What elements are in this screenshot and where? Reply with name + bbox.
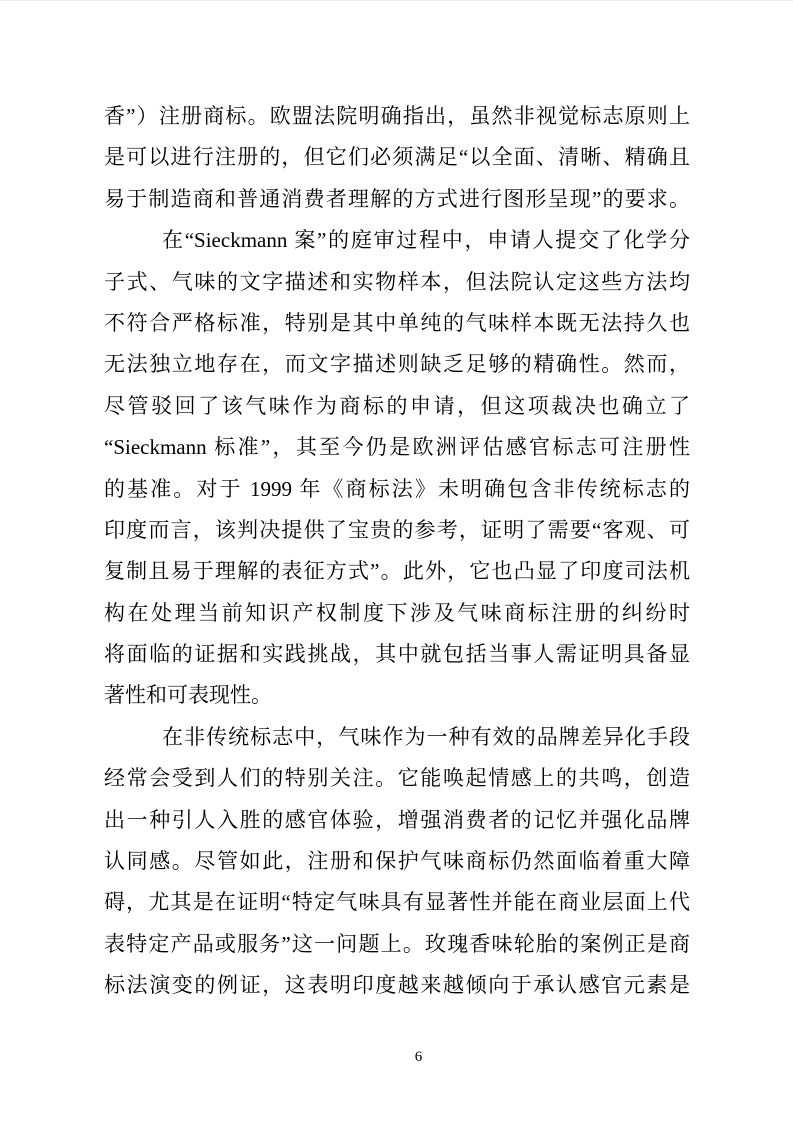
document-body: 香”）注册商标。欧盟法院明确指出，虽然非视觉标志原则上是可以进行注册的，但它们必… (104, 96, 690, 1007)
text-line: 复制且易于理解的表征方式”。此外，它也凸显了印度司法机 (104, 551, 690, 592)
text-line: 的基准。对于 1999 年《商标法》未明确包含非传统标志的 (104, 469, 690, 510)
text-line: 易于制造商和普通消费者理解的方式进行图形呈现”的要求。 (104, 179, 690, 220)
text-line: 表特定产品或服务”这一问题上。玫瑰香味轮胎的案例正是商 (104, 924, 690, 965)
page-footer: 6 (0, 1049, 793, 1065)
text-line: 尽管驳回了该气味作为商标的申请，但这项裁决也确立了 (104, 386, 690, 427)
text-line: 出一种引人入胜的感官体验，增强消费者的记忆并强化品牌 (104, 800, 690, 841)
text-line: 在“Sieckmann 案”的庭审过程中，申请人提交了化学分 (104, 220, 690, 261)
document-page: 香”）注册商标。欧盟法院明确指出，虽然非视觉标志原则上是可以进行注册的，但它们必… (0, 0, 793, 1123)
text-line: 印度而言，该判决提供了宝贵的参考，证明了需要“客观、可 (104, 510, 690, 551)
text-line: 经常会受到人们的特别关注。它能唤起情感上的共鸣，创造 (104, 758, 690, 799)
text-line: 构在处理当前知识产权制度下涉及气味商标注册的纠纷时 (104, 593, 690, 634)
text-line: 是可以进行注册的，但它们必须满足“以全面、清晰、精确且 (104, 137, 690, 178)
text-line: 著性和可表现性。 (104, 675, 690, 716)
page-number: 6 (415, 1049, 423, 1065)
text-line: 在非传统标志中，气味作为一种有效的品牌差异化手段 (104, 717, 690, 758)
text-line: 子式、气味的文字描述和实物样本，但法院认定这些方法均 (104, 262, 690, 303)
text-line: 碍，尤其是在证明“特定气味具有显著性并能在商业层面上代 (104, 882, 690, 923)
text-line: 认同感。尽管如此，注册和保护气味商标仍然面临着重大障 (104, 841, 690, 882)
text-line: 无法独立地存在，而文字描述则缺乏足够的精确性。然而， (104, 344, 690, 385)
text-line: 标法演变的例证，这表明印度越来越倾向于承认感官元素是 (104, 965, 690, 1006)
text-line: 将面临的证据和实践挑战，其中就包括当事人需证明具备显 (104, 634, 690, 675)
text-line: 香”）注册商标。欧盟法院明确指出，虽然非视觉标志原则上 (104, 96, 690, 137)
text-line: “Sieckmann 标准”，其至今仍是欧洲评估感官标志可注册性 (104, 427, 690, 468)
text-line: 不符合严格标准，特别是其中单纯的气味样本既无法持久也 (104, 303, 690, 344)
